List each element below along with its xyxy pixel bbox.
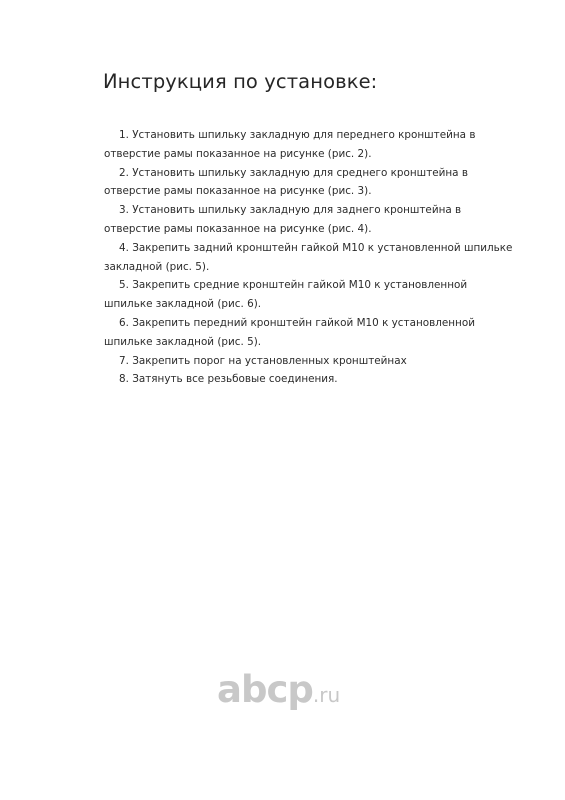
step-line-1: 6. Закрепить передний кронштейн гайкой М… (104, 314, 524, 333)
step-line-2: шпильке закладной (рис. 5). (104, 333, 524, 352)
instruction-step: 3. Установить шпильку закладную для задн… (104, 201, 524, 239)
document-title: Инструкция по установке: (103, 70, 377, 93)
instruction-step: 2. Установить шпильку закладную для сред… (104, 164, 524, 202)
instruction-step: 4. Закрепить задний кронштейн гайкой М10… (104, 239, 524, 277)
step-line-2: закладной (рис. 5). (104, 258, 524, 277)
instruction-step: 1. Установить шпильку закладную для пере… (104, 126, 524, 164)
step-line-2: шпильке закладной (рис. 6). (104, 295, 524, 314)
instruction-step: 5. Закрепить средние кронштейн гайкой М1… (104, 276, 524, 314)
step-line-1: 5. Закрепить средние кронштейн гайкой М1… (104, 276, 524, 295)
watermark-logo: abcp.ru (217, 668, 340, 711)
instruction-list: 1. Установить шпильку закладную для пере… (104, 126, 524, 389)
instruction-step: 7. Закрепить порог на установленных крон… (104, 352, 524, 371)
step-line-1: 1. Установить шпильку закладную для пере… (104, 126, 524, 145)
step-line-2: отверстие рамы показанное на рисунке (ри… (104, 182, 524, 201)
step-line-1: 4. Закрепить задний кронштейн гайкой М10… (104, 239, 524, 258)
step-line-1: 8. Затянуть все резьбовые соединения. (104, 370, 524, 389)
step-line-1: 7. Закрепить порог на установленных крон… (104, 352, 524, 371)
step-line-2: отверстие рамы показанное на рисунке (ри… (104, 145, 524, 164)
watermark-brand: abcp (217, 668, 313, 711)
watermark-tld: .ru (313, 683, 340, 707)
step-line-1: 2. Установить шпильку закладную для сред… (104, 164, 524, 183)
instruction-step: 6. Закрепить передний кронштейн гайкой М… (104, 314, 524, 352)
step-line-1: 3. Установить шпильку закладную для задн… (104, 201, 524, 220)
step-line-2: отверстие рамы показанное на рисунке (ри… (104, 220, 524, 239)
instruction-step: 8. Затянуть все резьбовые соединения. (104, 370, 524, 389)
